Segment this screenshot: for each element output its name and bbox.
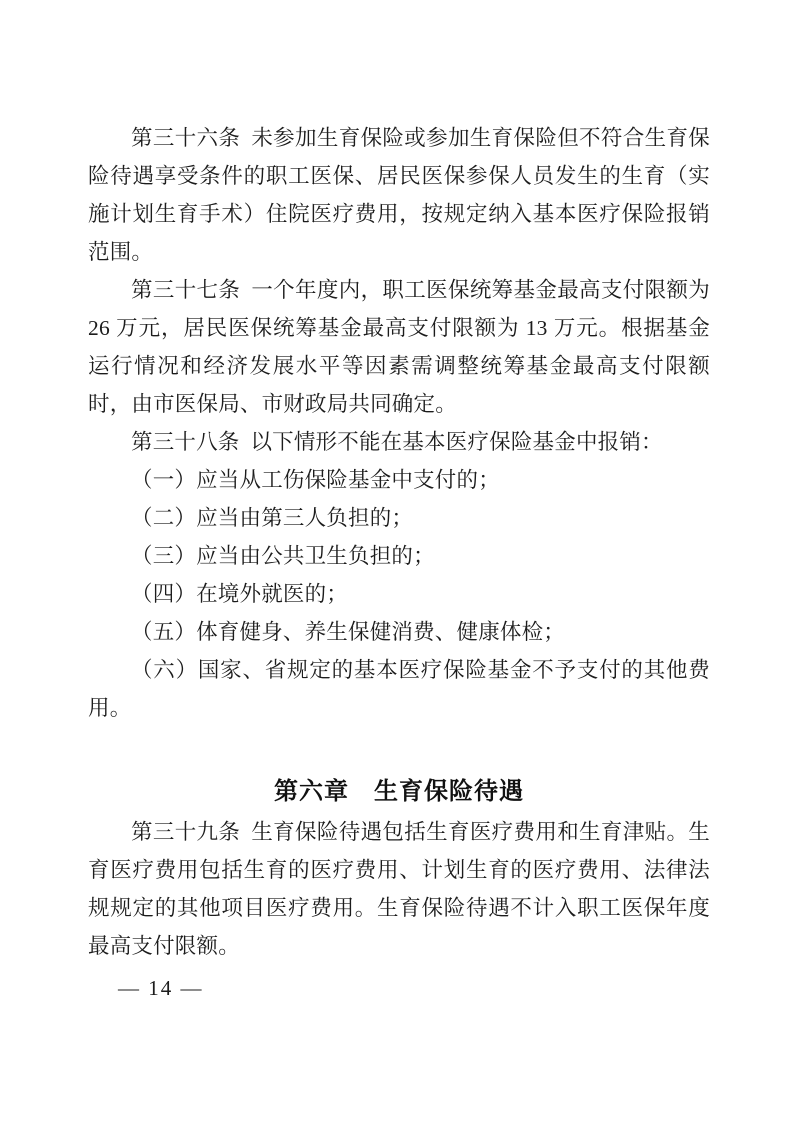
- clause-item-1: （一）应当从工伤保险基金中支付的；: [88, 461, 710, 499]
- document-body: 第三十六条 未参加生育保险或参加生育保险但不符合生育保险待遇享受条件的职工医保、…: [88, 119, 710, 965]
- article-38-paragraph: 第三十八条 以下情形不能在基本医疗保险基金中报销：: [88, 423, 710, 461]
- article-36-paragraph: 第三十六条 未参加生育保险或参加生育保险但不符合生育保险待遇享受条件的职工医保、…: [88, 119, 710, 271]
- clause-item-6: （六）国家、省规定的基本医疗保险基金不予支付的其他费用。: [88, 651, 710, 727]
- chapter-6-heading: 第六章 生育保险待遇: [88, 773, 710, 811]
- document-page: 第三十六条 未参加生育保险或参加生育保险但不符合生育保险待遇享受条件的职工医保、…: [0, 0, 793, 1122]
- clause-item-3: （三）应当由公共卫生负担的；: [88, 537, 710, 575]
- page-number-footer: — 14 —: [118, 976, 204, 1001]
- clause-item-5: （五）体育健身、养生保健消费、健康体检；: [88, 613, 710, 651]
- article-39-paragraph: 第三十九条 生育保险待遇包括生育医疗费用和生育津贴。生育医疗费用包括生育的医疗费…: [88, 813, 710, 965]
- page-number: — 14 —: [118, 976, 204, 1000]
- article-37-paragraph: 第三十七条 一个年度内，职工医保统筹基金最高支付限额为 26 万元，居民医保统筹…: [88, 271, 710, 423]
- clause-item-2: （二）应当由第三人负担的；: [88, 499, 710, 537]
- clause-item-4: （四）在境外就医的；: [88, 575, 710, 613]
